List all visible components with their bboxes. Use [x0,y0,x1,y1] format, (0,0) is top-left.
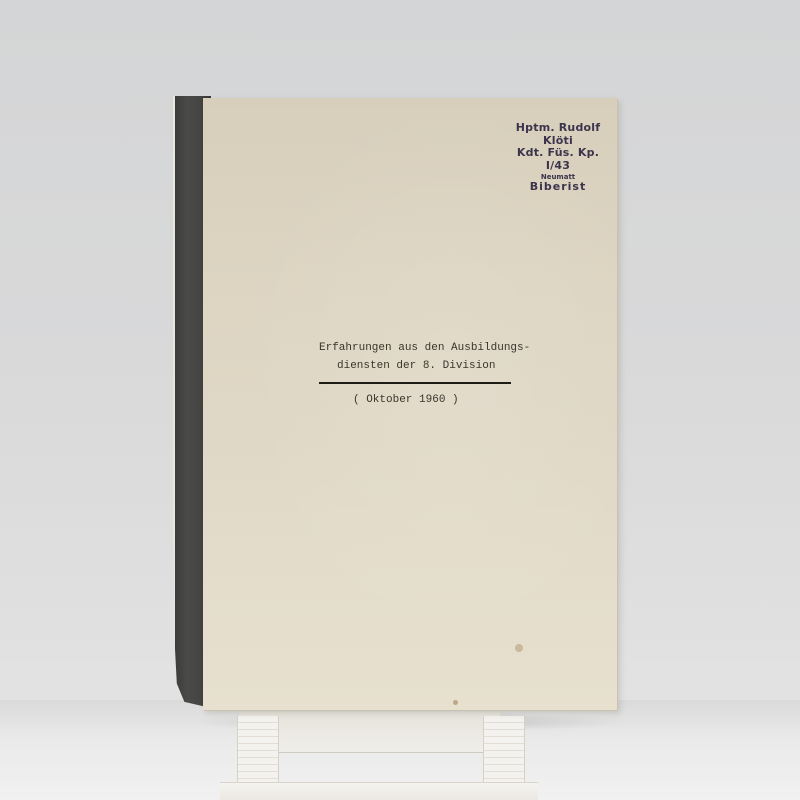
title-line-1: Erfahrungen aus den Ausbildungs- [319,342,519,354]
booklet: Hptm. Rudolf Klöti Kdt. Füs. Kp. I/43 Ne… [173,96,619,712]
display-stand-crossbar [240,712,500,753]
paper-stain [515,644,523,652]
stamp-name: Hptm. Rudolf Klöti [503,122,613,147]
stamp-town: Biberist [503,181,613,194]
title-line-2: diensten der 8. Division [319,360,519,372]
booklet-cover: Hptm. Rudolf Klöti Kdt. Füs. Kp. I/43 Ne… [203,98,617,710]
title-underline [319,382,511,384]
title-block: Erfahrungen aus den Ausbildungs- dienste… [319,342,519,406]
display-stand-base [220,782,538,800]
paper-stain [453,700,458,705]
stamp-unit: Kdt. Füs. Kp. I/43 [503,147,613,172]
title-date: ( Oktober 1960 ) [319,394,519,406]
owner-stamp: Hptm. Rudolf Klöti Kdt. Füs. Kp. I/43 Ne… [503,122,613,193]
